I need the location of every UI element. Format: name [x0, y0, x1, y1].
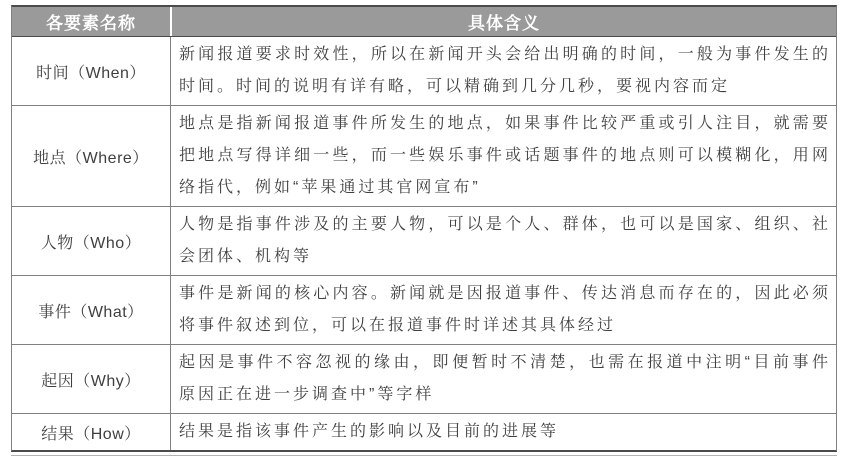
- element-name-cell: 地点（Where）: [12, 106, 171, 206]
- element-name-cell: 人物（Who）: [12, 207, 171, 275]
- header-cell-meaning: 具体含义: [172, 7, 836, 36]
- meaning-cell: 结果是指该事件产生的影响以及目前的进展等: [179, 416, 559, 448]
- meaning-cell: 人物是指事件涉及的主要人物，可以是个人、群体，也可以是国家、组织、社会团体、机构…: [179, 209, 831, 273]
- table-row: 结果（How） 结果是指该事件产生的影响以及目前的进展等: [12, 413, 836, 450]
- element-name-cell: 起因（Why）: [12, 345, 171, 413]
- meaning-cell: 新闻报道要求时效性，所以在新闻开头会给出明确的时间，一般为事件发生的时间。时间的…: [179, 39, 831, 103]
- table-row: 地点（Where） 地点是指新闻报道事件所发生的地点，如果事件比较严重或引人注目…: [12, 105, 836, 206]
- table: 各要素名称 具体含义 时间（When） 新闻报道要求时效性，所以在新闻开头会给出…: [11, 5, 837, 452]
- meaning-cell: 事件是新闻的核心内容。新闻就是因报道事件、传达消息而存在的，因此必须将事件叙述到…: [179, 278, 831, 342]
- element-name-cell: 事件（What）: [12, 276, 171, 344]
- table-body: 时间（When） 新闻报道要求时效性，所以在新闻开头会给出明确的时间，一般为事件…: [12, 37, 836, 450]
- element-name-cell: 结果（How）: [12, 414, 171, 450]
- meaning-cell: 地点是指新闻报道事件所发生的地点，如果事件比较严重或引人注目，就需要把地点写得详…: [179, 108, 831, 204]
- table-row: 起因（Why） 起因是事件不容忽视的缘由，即便暂时不清楚，也需在报道中注明“目前…: [12, 344, 836, 413]
- table-header-row: 各要素名称 具体含义: [12, 7, 836, 37]
- table-row: 事件（What） 事件是新闻的核心内容。新闻就是因报道事件、传达消息而存在的，因…: [12, 275, 836, 344]
- header-cell-element-name: 各要素名称: [12, 7, 170, 36]
- table-row: 人物（Who） 人物是指事件涉及的主要人物，可以是个人、群体，也可以是国家、组织…: [12, 206, 836, 275]
- meaning-cell: 起因是事件不容忽视的缘由，即便暂时不清楚，也需在报道中注明“目前事件原因正在进一…: [179, 347, 831, 411]
- table-row: 时间（When） 新闻报道要求时效性，所以在新闻开头会给出明确的时间，一般为事件…: [12, 37, 836, 105]
- news-elements-table: 各要素名称 具体含义 时间（When） 新闻报道要求时效性，所以在新闻开头会给出…: [11, 5, 837, 452]
- element-name-cell: 时间（When）: [12, 37, 171, 105]
